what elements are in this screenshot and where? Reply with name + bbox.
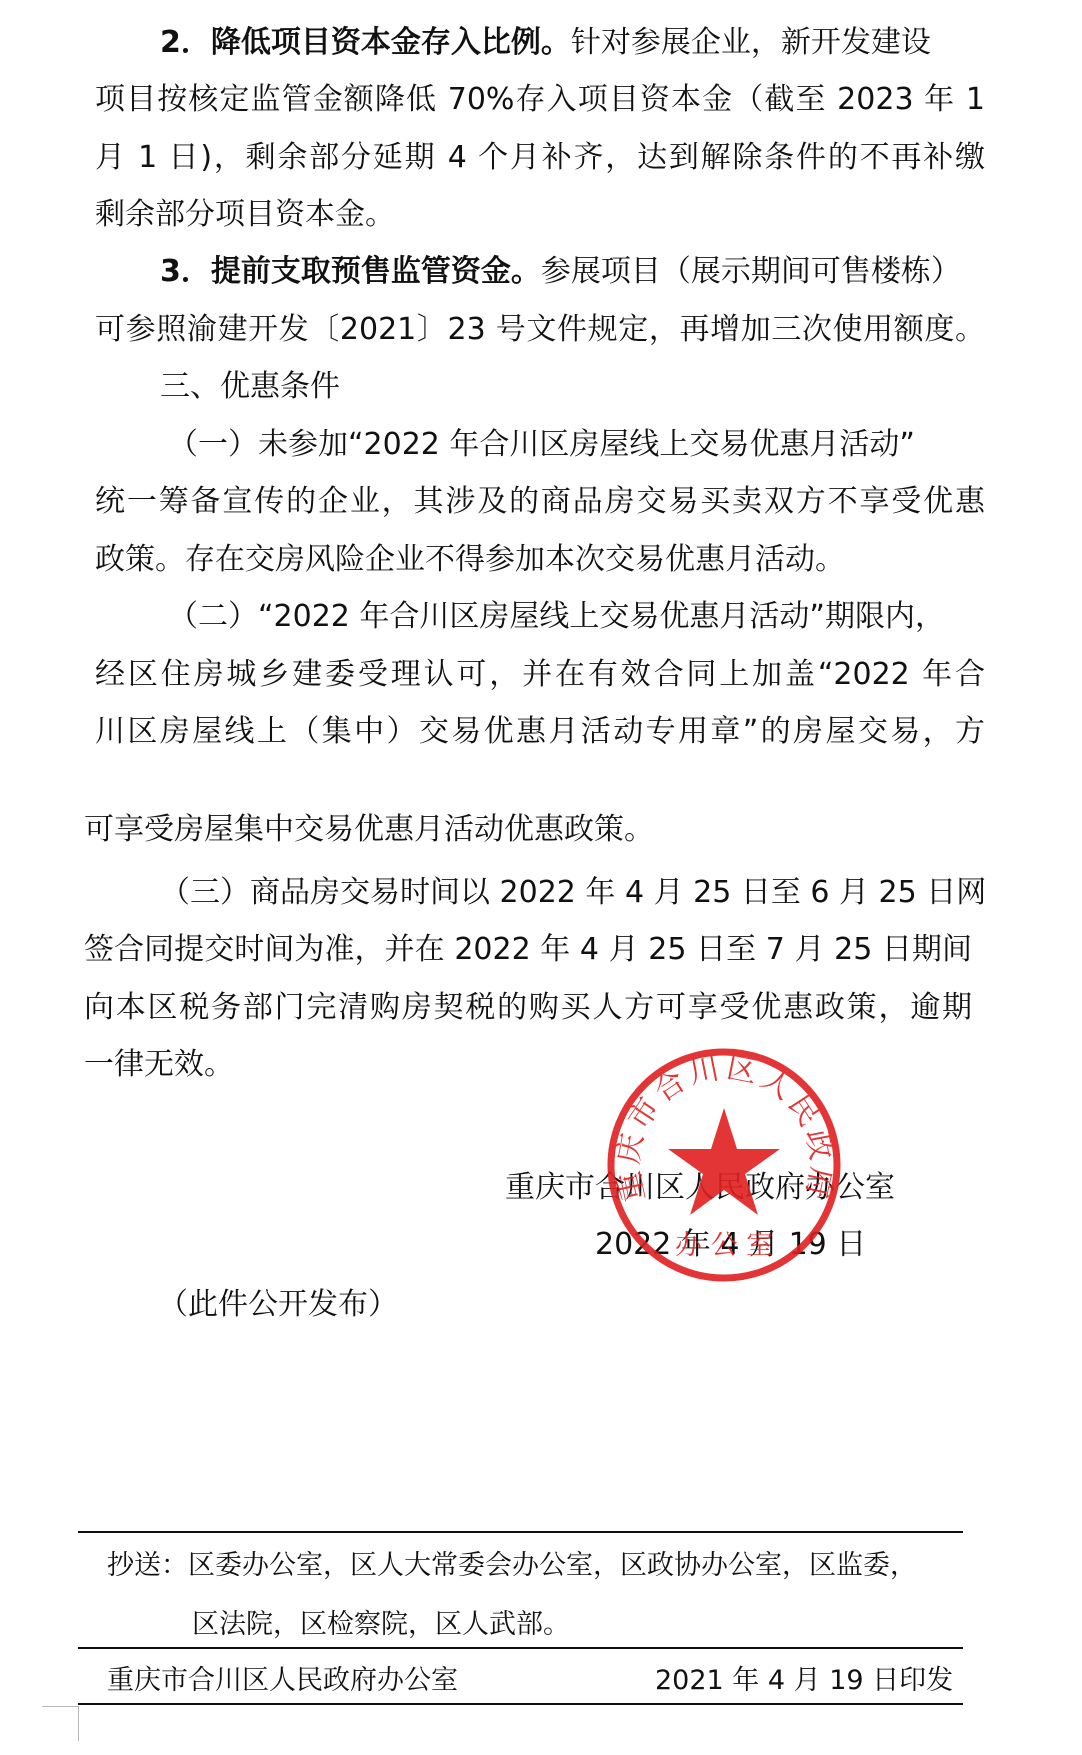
crop-mark-horizontal: [42, 1706, 79, 1707]
footer-cc-recipients: 区委办公室，区人大常委会办公室，区政协办公室，区监委，: [188, 1550, 917, 1581]
condition-3-line-1: （三）商品房交易时间以 2022 年 4 月 25 日至 6 月 25 日网: [160, 873, 972, 913]
section-heading-conditions: 三、优惠条件: [160, 367, 340, 407]
item-2-text: 针对参展企业，新开发建设: [571, 25, 931, 60]
footer-rule-top: [78, 1531, 963, 1533]
item-3-line-1: 3．提前支取预售监管资金。参展项目（展示期间可售楼栋）: [160, 252, 985, 292]
item-2-line-2: 项目按核定监管金额降低 70%存入项目资本金（截至 2023 年 1: [95, 80, 985, 120]
item-2-line-4: 剩余部分项目资本金。: [95, 195, 395, 235]
condition-1-line-3: 政策。存在交房风险企业不得参加本次交易优惠月活动。: [95, 540, 845, 580]
footer-rule-middle: [78, 1647, 963, 1649]
condition-2-line-1: （二）“2022 年合川区房屋线上交易优惠月活动”期限内，: [168, 597, 945, 637]
footer-issuer: 重庆市合川区人民政府办公室: [107, 1661, 458, 1701]
crop-mark-vertical: [78, 1706, 79, 1741]
signature-date: 2022 年 4 月 19 日: [595, 1225, 866, 1265]
footer-cc-label: 抄送：: [107, 1550, 188, 1581]
footer-print-date: 2021 年 4 月 19 日印发: [655, 1661, 925, 1701]
condition-2-line-4: 可享受房屋集中交易优惠月活动优惠政策。: [84, 810, 654, 850]
condition-2-line-2: 经区住房城乡建委受理认可，并在有效合同上加盖“2022 年合: [95, 655, 985, 695]
signature-issuer: 重庆市合川区人民政府办公室: [505, 1168, 895, 1208]
item-3-line-2: 可参照渝建开发〔2021〕23 号文件规定，再增加三次使用额度。: [95, 310, 985, 350]
item-2-heading: 2．降低项目资本金存入比例。: [160, 25, 571, 60]
condition-1-line-2: 统一筹备宣传的企业，其涉及的商品房交易买卖双方不享受优惠: [95, 482, 985, 522]
footer-rule-bottom: [78, 1703, 963, 1705]
condition-1-line-1: （一）未参加“2022 年合川区房屋线上交易优惠月活动”: [168, 425, 915, 465]
condition-3-line-3: 向本区税务部门完清购房契税的购买人方可享受优惠政策，逾期: [84, 988, 972, 1028]
item-2-line-3: 月 1 日)，剩余部分延期 4 个月补齐，达到解除条件的不再补缴: [95, 138, 985, 178]
condition-3-line-2: 签合同提交时间为准，并在 2022 年 4 月 25 日至 7 月 25 日期间: [84, 930, 972, 970]
item-3-text: 参展项目（展示期间可售楼栋）: [541, 254, 961, 289]
item-2-line-1: 2．降低项目资本金存入比例。针对参展企业，新开发建设: [160, 23, 985, 63]
footer-cc-line-1: 抄送：区委办公室，区人大常委会办公室，区政协办公室，区监委，: [107, 1546, 917, 1586]
condition-2-line-3: 川区房屋线上（集中）交易优惠月活动专用章”的房屋交易，方: [95, 712, 985, 752]
item-3-heading: 3．提前支取预售监管资金。: [160, 254, 541, 289]
condition-3-line-4: 一律无效。: [84, 1045, 234, 1085]
footer-cc-line-2: 区法院，区检察院，区人武部。: [192, 1605, 570, 1645]
publication-note: （此件公开发布）: [158, 1285, 398, 1325]
